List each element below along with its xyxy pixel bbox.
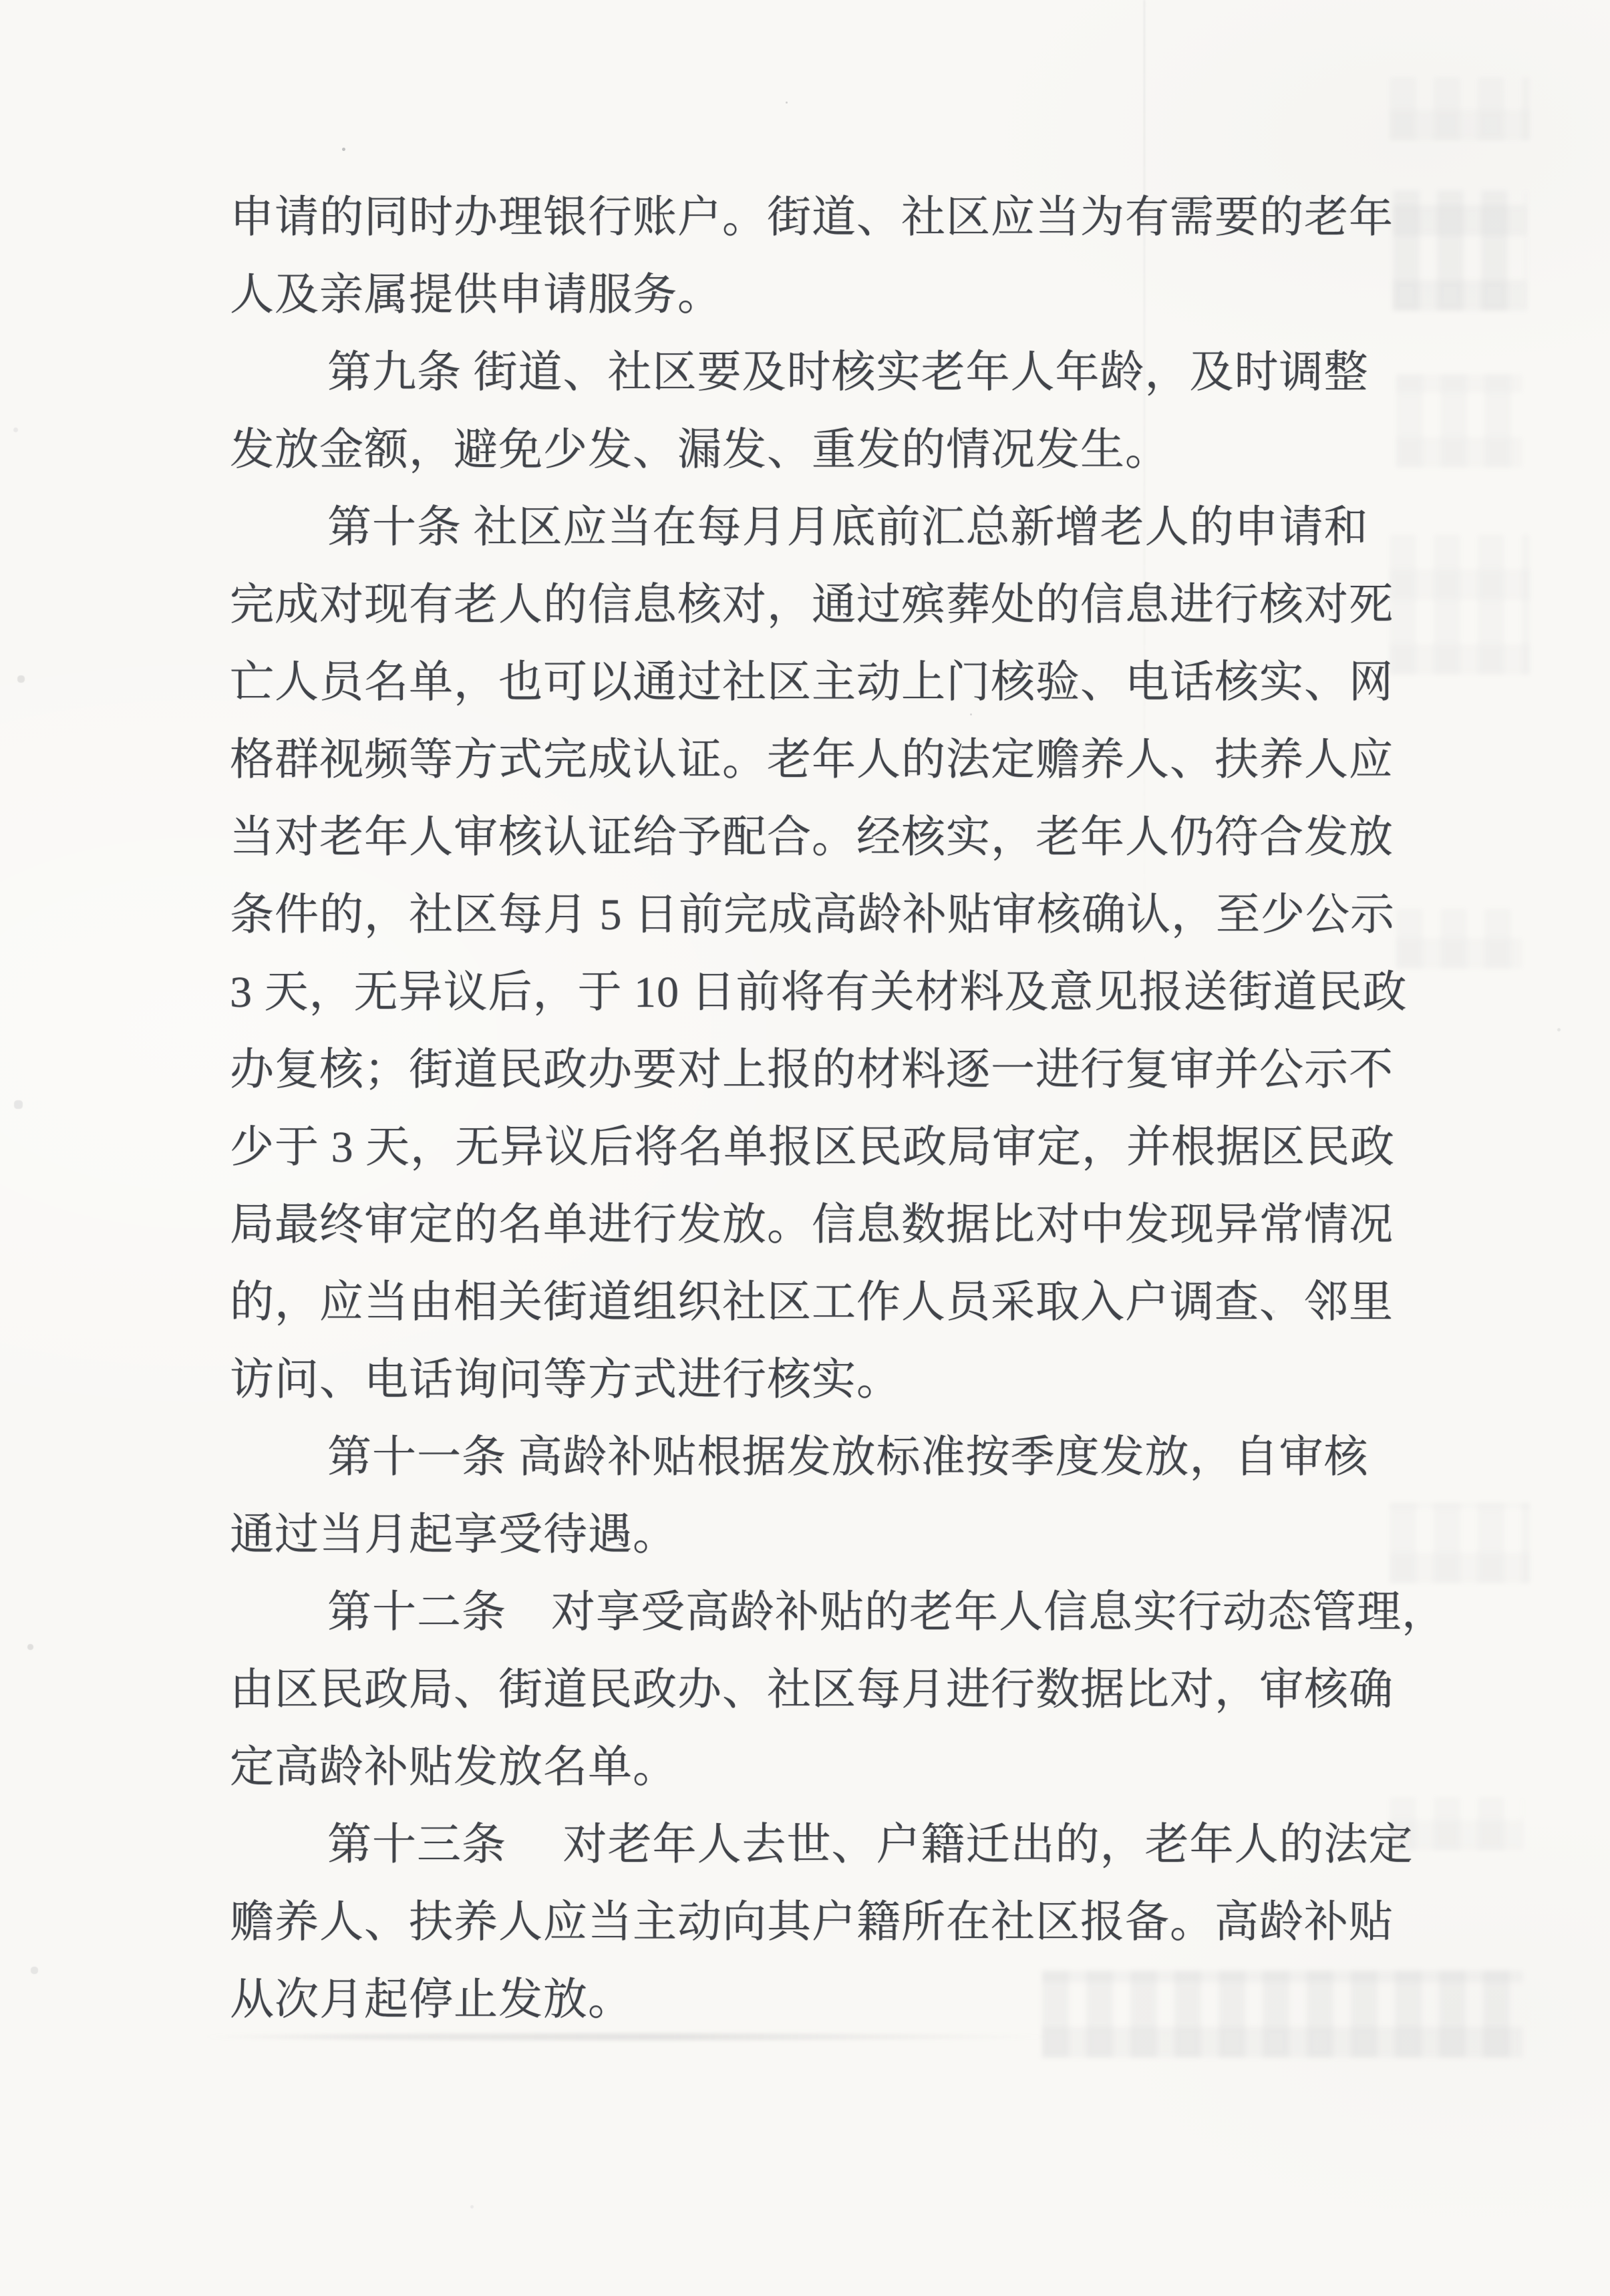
- bleedthrough-artifact: [1390, 77, 1530, 140]
- bleedthrough-artifact: [1396, 374, 1523, 468]
- text-line: 访问、电话询问等方式进行核实。: [230, 1341, 1411, 1419]
- text-line: 赡养人、扶养人应当主动向其户籍所在社区报备。高龄补贴: [230, 1884, 1411, 1961]
- text-line: 格群视频等方式完成认证。老年人的法定赡养人、扶养人应: [230, 721, 1411, 799]
- scanned-document-page: 申请的同时办理银行账户。街道、社区应当为有需要的老年人及亲属提供申请服务。第九条…: [0, 0, 1610, 2296]
- document-body: 申请的同时办理银行账户。街道、社区应当为有需要的老年人及亲属提供申请服务。第九条…: [230, 179, 1411, 2039]
- text-line: 办复核；街道民政办要对上报的材料逐一进行复审并公示不: [230, 1031, 1411, 1109]
- text-line: 第十二条 对享受高龄补贴的老年人信息实行动态管理，: [230, 1574, 1411, 1651]
- text-line: 亡人员名单，也可以通过社区主动上门核验、电话核实、网: [230, 644, 1411, 721]
- text-line: 第十一条 高龄补贴根据发放标准按季度发放，自审核: [230, 1419, 1411, 1496]
- text-line: 由区民政局、街道民政办、社区每月进行数据比对，审核确: [230, 1651, 1411, 1729]
- text-line: 完成对现有老人的信息核对，通过殡葬处的信息进行核对死: [230, 566, 1411, 644]
- text-line: 从次月起停止发放。: [230, 1961, 1411, 2039]
- text-line: 少于 3 天，无异议后将名单报区民政局审定，并根据区民政: [230, 1109, 1411, 1186]
- scan-speck: [0, 0, 2, 2]
- text-line: 第九条 街道、社区要及时核实老年人年龄，及时调整: [230, 334, 1411, 412]
- text-line: 第十三条 对老年人去世、户籍迁出的，老年人的法定: [230, 1806, 1411, 1884]
- text-line: 局最终审定的名单进行发放。信息数据比对中发现异常情况: [230, 1186, 1411, 1264]
- text-line: 当对老年人审核认证给予配合。经核实，老年人仍符合发放: [230, 799, 1411, 876]
- bleedthrough-artifact: [1393, 190, 1526, 311]
- bleedthrough-artifact: [1396, 909, 1523, 969]
- text-line: 申请的同时办理银行账户。街道、社区应当为有需要的老年: [230, 179, 1411, 257]
- text-line: 人及亲属提供申请服务。: [230, 257, 1411, 334]
- text-line: 3 天，无异议后，于 10 日前将有关材料及意见报送街道民政: [230, 954, 1411, 1031]
- text-line: 条件的，社区每月 5 日前完成高龄补贴审核确认，至少公示: [230, 876, 1411, 954]
- text-line: 定高龄补贴发放名单。: [230, 1729, 1411, 1806]
- text-line: 通过当月起享受待遇。: [230, 1496, 1411, 1574]
- text-line: 发放金额，避免少发、漏发、重发的情况发生。: [230, 412, 1411, 489]
- text-line: 第十条 社区应当在每月月底前汇总新增老人的申请和: [230, 489, 1411, 566]
- text-line: 的，应当由相关街道组织社区工作人员采取入户调查、邻里: [230, 1264, 1411, 1341]
